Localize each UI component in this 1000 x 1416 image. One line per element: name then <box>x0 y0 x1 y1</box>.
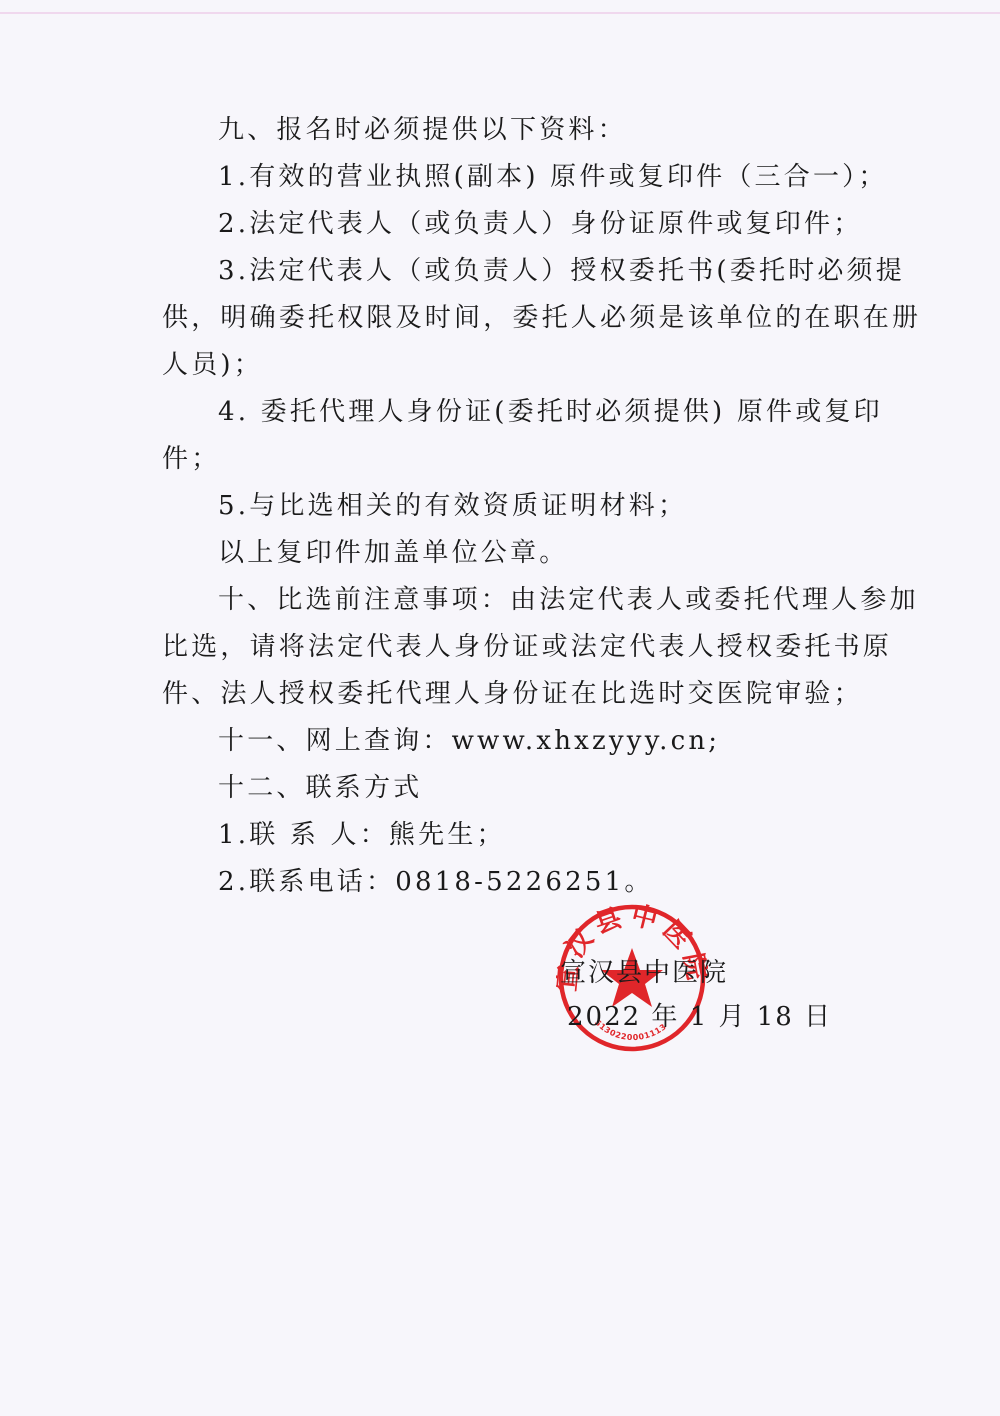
signature-date: 2022 年 1 月 18 日 <box>567 1000 832 1034</box>
requirement-3-line-3: 人员)； <box>162 348 263 382</box>
requirement-3-line-1: 3.法定代表人（或负责人）授权委托书(委托时必须提 <box>218 254 905 288</box>
stamp-note: 以上复印件加盖单位公章。 <box>218 536 568 570</box>
requirement-3-line-2: 供，明确委托权限及时间，委托人必须是该单位的在职在册 <box>162 301 921 335</box>
section-9-heading: 九、报名时必须提供以下资料： <box>218 113 627 147</box>
document-page: 九、报名时必须提供以下资料： 1.有效的营业执照(副本) 原件或复印件（三合一）… <box>0 0 1000 1416</box>
requirement-1: 1.有效的营业执照(副本) 原件或复印件（三合一）； <box>218 160 888 194</box>
requirement-4-line-1: 4. 委托代理人身份证(委托时必须提供) 原件或复印 <box>218 395 883 429</box>
section-10-line-3: 件、法人授权委托代理人身份证在比选时交医院审验； <box>162 677 863 711</box>
contact-phone: 2.联系电话：0818-5226251。 <box>218 865 654 899</box>
section-12-heading: 十二、联系方式 <box>218 771 422 805</box>
section-11-website: 十一、网上查询：www.xhxzyyy.cn; <box>218 724 720 758</box>
signature-organization: 宣汉县中医院 <box>560 956 728 990</box>
requirement-4-line-2: 件； <box>162 442 220 476</box>
requirement-2: 2.法定代表人（或负责人）身份证原件或复印件； <box>218 207 862 241</box>
requirement-5: 5.与比选相关的有效资质证明材料； <box>218 489 687 523</box>
contact-person: 1.联 系 人：熊先生； <box>218 818 506 852</box>
section-10-line-1: 十、比选前注意事项：由法定代表人或委托代理人参加 <box>218 583 919 617</box>
section-10-line-2: 比选，请将法定代表人身份证或法定代表人授权委托书原 <box>162 630 892 664</box>
